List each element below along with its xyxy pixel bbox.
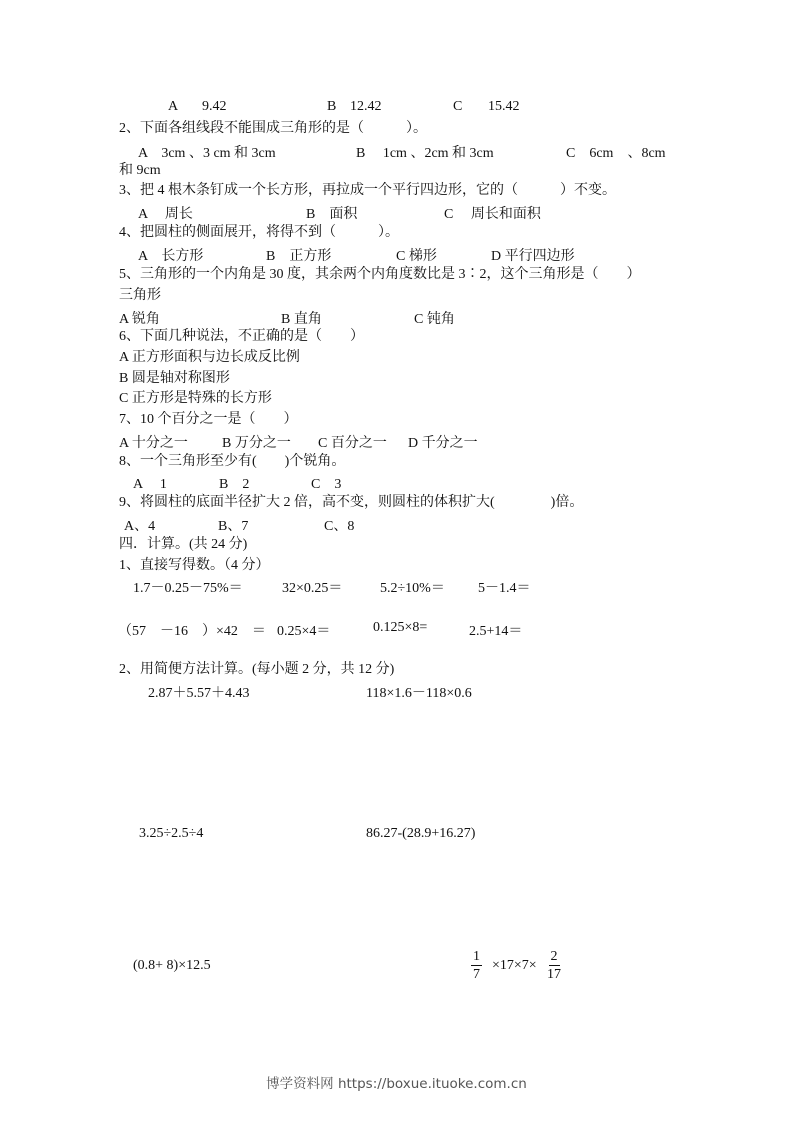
q4-option-d: D 平行四边形 — [491, 245, 575, 265]
simplify-item: 118×1.6－118×0.6 — [366, 682, 472, 702]
q3-option-c: C 周长和面积 — [444, 203, 541, 223]
q4-option-a: A 长方形 — [138, 245, 203, 265]
q3-option-a: A 周长 — [138, 203, 193, 223]
q2-option-c: C 6cm 、8cm — [566, 142, 666, 162]
fraction-one-seventh: 1 7 — [471, 948, 482, 983]
section4-title: 四．计算。(共 24 分) — [119, 536, 247, 554]
q9-option-c: C、8 — [324, 515, 354, 535]
q1-option-b-label: B — [327, 99, 336, 115]
q2-stem: 2、下面各组线段不能围成三角形的是（ ）。 — [119, 120, 427, 138]
q4-option-c: C 梯形 — [396, 245, 437, 265]
fraction-two-seventeenths: 2 17 — [547, 948, 561, 983]
calc-item: 0.125×8= — [373, 620, 427, 636]
calc-item: 32×0.25＝ — [282, 577, 342, 597]
q2-option-c-continued: 和 9cm — [119, 162, 161, 180]
q8-option-c: C 3 — [311, 473, 341, 493]
q1-option-a-value: 9.42 — [202, 99, 227, 115]
q7-option-a: A 十分之一 — [119, 432, 188, 452]
q2-option-a: A 3cm 、3 cm 和 3cm — [138, 142, 276, 162]
q1-option-c-value: 15.42 — [488, 99, 520, 115]
q9-option-b: B、7 — [218, 515, 248, 535]
q6-option-a: A 正方形面积与边长成反比例 — [119, 349, 300, 367]
footer-watermark: 博学资料网 https://boxue.ituoke.com.cn — [0, 1072, 793, 1092]
q7-option-b: B 万分之一 — [222, 432, 291, 452]
q1-option-a-label: A — [168, 99, 178, 115]
q6-option-c: C 正方形是特殊的长方形 — [119, 390, 272, 408]
fraction-numerator: 1 — [471, 948, 482, 966]
q8-option-a: A 1 — [133, 473, 167, 493]
q7-option-d: D 千分之一 — [408, 432, 478, 452]
fraction-expression-middle: ×17×7× — [492, 958, 537, 974]
calc-item: 0.25×4＝ — [277, 620, 330, 640]
q5-option-b: B 直角 — [281, 308, 322, 328]
q5-option-a: A 锐角 — [119, 308, 160, 328]
q1-option-b-value: 12.42 — [350, 99, 382, 115]
fraction-numerator: 2 — [549, 948, 560, 966]
q7-option-c: C 百分之一 — [318, 432, 387, 452]
q2-option-b: B 1cm 、2cm 和 3cm — [356, 142, 494, 162]
q6-option-b: B 圆是轴对称图形 — [119, 370, 230, 388]
fraction-denominator: 7 — [473, 966, 480, 983]
simplify-item: 3.25÷2.5÷4 — [139, 826, 203, 842]
q6-stem: 6、下面几种说法，不正确的是（ ） — [119, 328, 364, 346]
q5-stem: 5、三角形的一个内角是 30 度，其余两个内角度数比是 3∶2，这个三角形是（ … — [119, 266, 641, 284]
q9-option-a: A、4 — [124, 515, 155, 535]
q8-option-b: B 2 — [219, 473, 249, 493]
simplify-item: 86.27-(28.9+16.27) — [366, 826, 475, 842]
q4-option-b: B 正方形 — [266, 245, 331, 265]
part2-title: 2、用简便方法计算。(每小题 2 分，共 12 分) — [119, 661, 394, 679]
q5-stem-continued: 三角形 — [119, 287, 161, 305]
q3-option-b: B 面积 — [306, 203, 357, 223]
calc-item: 2.5+14＝ — [469, 620, 522, 640]
part1-title: 1、直接写得数。（4 分） — [119, 557, 270, 575]
q7-stem: 7、10 个百分之一是（ ） — [119, 411, 298, 429]
q1-option-c-label: C — [453, 99, 462, 115]
q4-stem: 4、把圆柱的侧面展开，将得不到（ ）。 — [119, 224, 399, 242]
calc-item: （57 －16 ）×42 ＝ — [118, 620, 266, 640]
q8-stem: 8、一个三角形至少有( )个锐角。 — [119, 453, 345, 471]
q3-stem: 3、把 4 根木条钉成一个长方形，再拉成一个平行四边形，它的（ ）不变。 — [119, 182, 616, 200]
calc-item: 5－1.4＝ — [478, 577, 531, 597]
q5-option-c: C 钝角 — [414, 308, 455, 328]
calc-item: 5.2÷10%＝ — [380, 577, 445, 597]
fraction-denominator: 17 — [547, 966, 561, 983]
q9-stem: 9、将圆柱的底面半径扩大 2 倍，高不变，则圆柱的体积扩大( )倍。 — [119, 494, 583, 512]
calc-item: 1.7－0.25－75%＝ — [133, 577, 243, 597]
simplify-item: 2.87＋5.57＋4.43 — [148, 682, 250, 702]
simplify-item: (0.8+ 8)×12.5 — [133, 958, 211, 974]
